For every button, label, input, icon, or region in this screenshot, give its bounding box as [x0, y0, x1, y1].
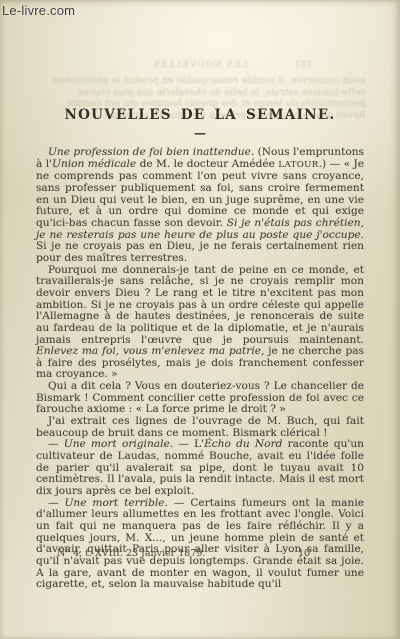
watermark: Le-livre.com: [2, 3, 75, 18]
article-body: Une profession de foi bien inattendue. (…: [36, 147, 364, 591]
bleedthrough-line: avait conservée, il semble remarquable e…: [34, 75, 366, 87]
section-divider: —: [0, 126, 400, 140]
bleedthrough-line: cette lumière astrale, la belle de cheva…: [34, 87, 366, 99]
paragraph: Qui a dit cela ? Vous en douteriez-vous …: [36, 381, 364, 416]
footer-page-number: 10: [298, 548, 310, 559]
paragraph: J'ai extrait ces lignes de l'ouvrage de …: [36, 416, 364, 439]
footer-issue-info: N° 4, t. XVIII. 23 Janvier 1879.: [57, 548, 205, 559]
paragraph: Une profession de foi bien inattendue. (…: [36, 147, 364, 265]
bleedthrough-header: 181 LES NOUVELLES: [40, 60, 360, 73]
paragraph: — Une mort terrible. — Certains fumeurs …: [36, 498, 364, 591]
article-title: NOUVELLES DE LA SEMAINE.: [0, 107, 400, 123]
scanned-book-page: Le-livre.com 181 LES NOUVELLES avait con…: [0, 0, 400, 639]
page-footer: N° 4, t. XVIII. 23 Janvier 1879. 10: [0, 548, 400, 562]
paragraph: — Une mort originale. — L'Écho du Nord r…: [36, 439, 364, 497]
bleedthrough-page-number: 181: [295, 60, 312, 72]
bleedthrough-running-title: LES NOUVELLES: [152, 60, 247, 70]
paragraph: Pourquoi me donnerais-je tant de peine e…: [36, 265, 364, 382]
